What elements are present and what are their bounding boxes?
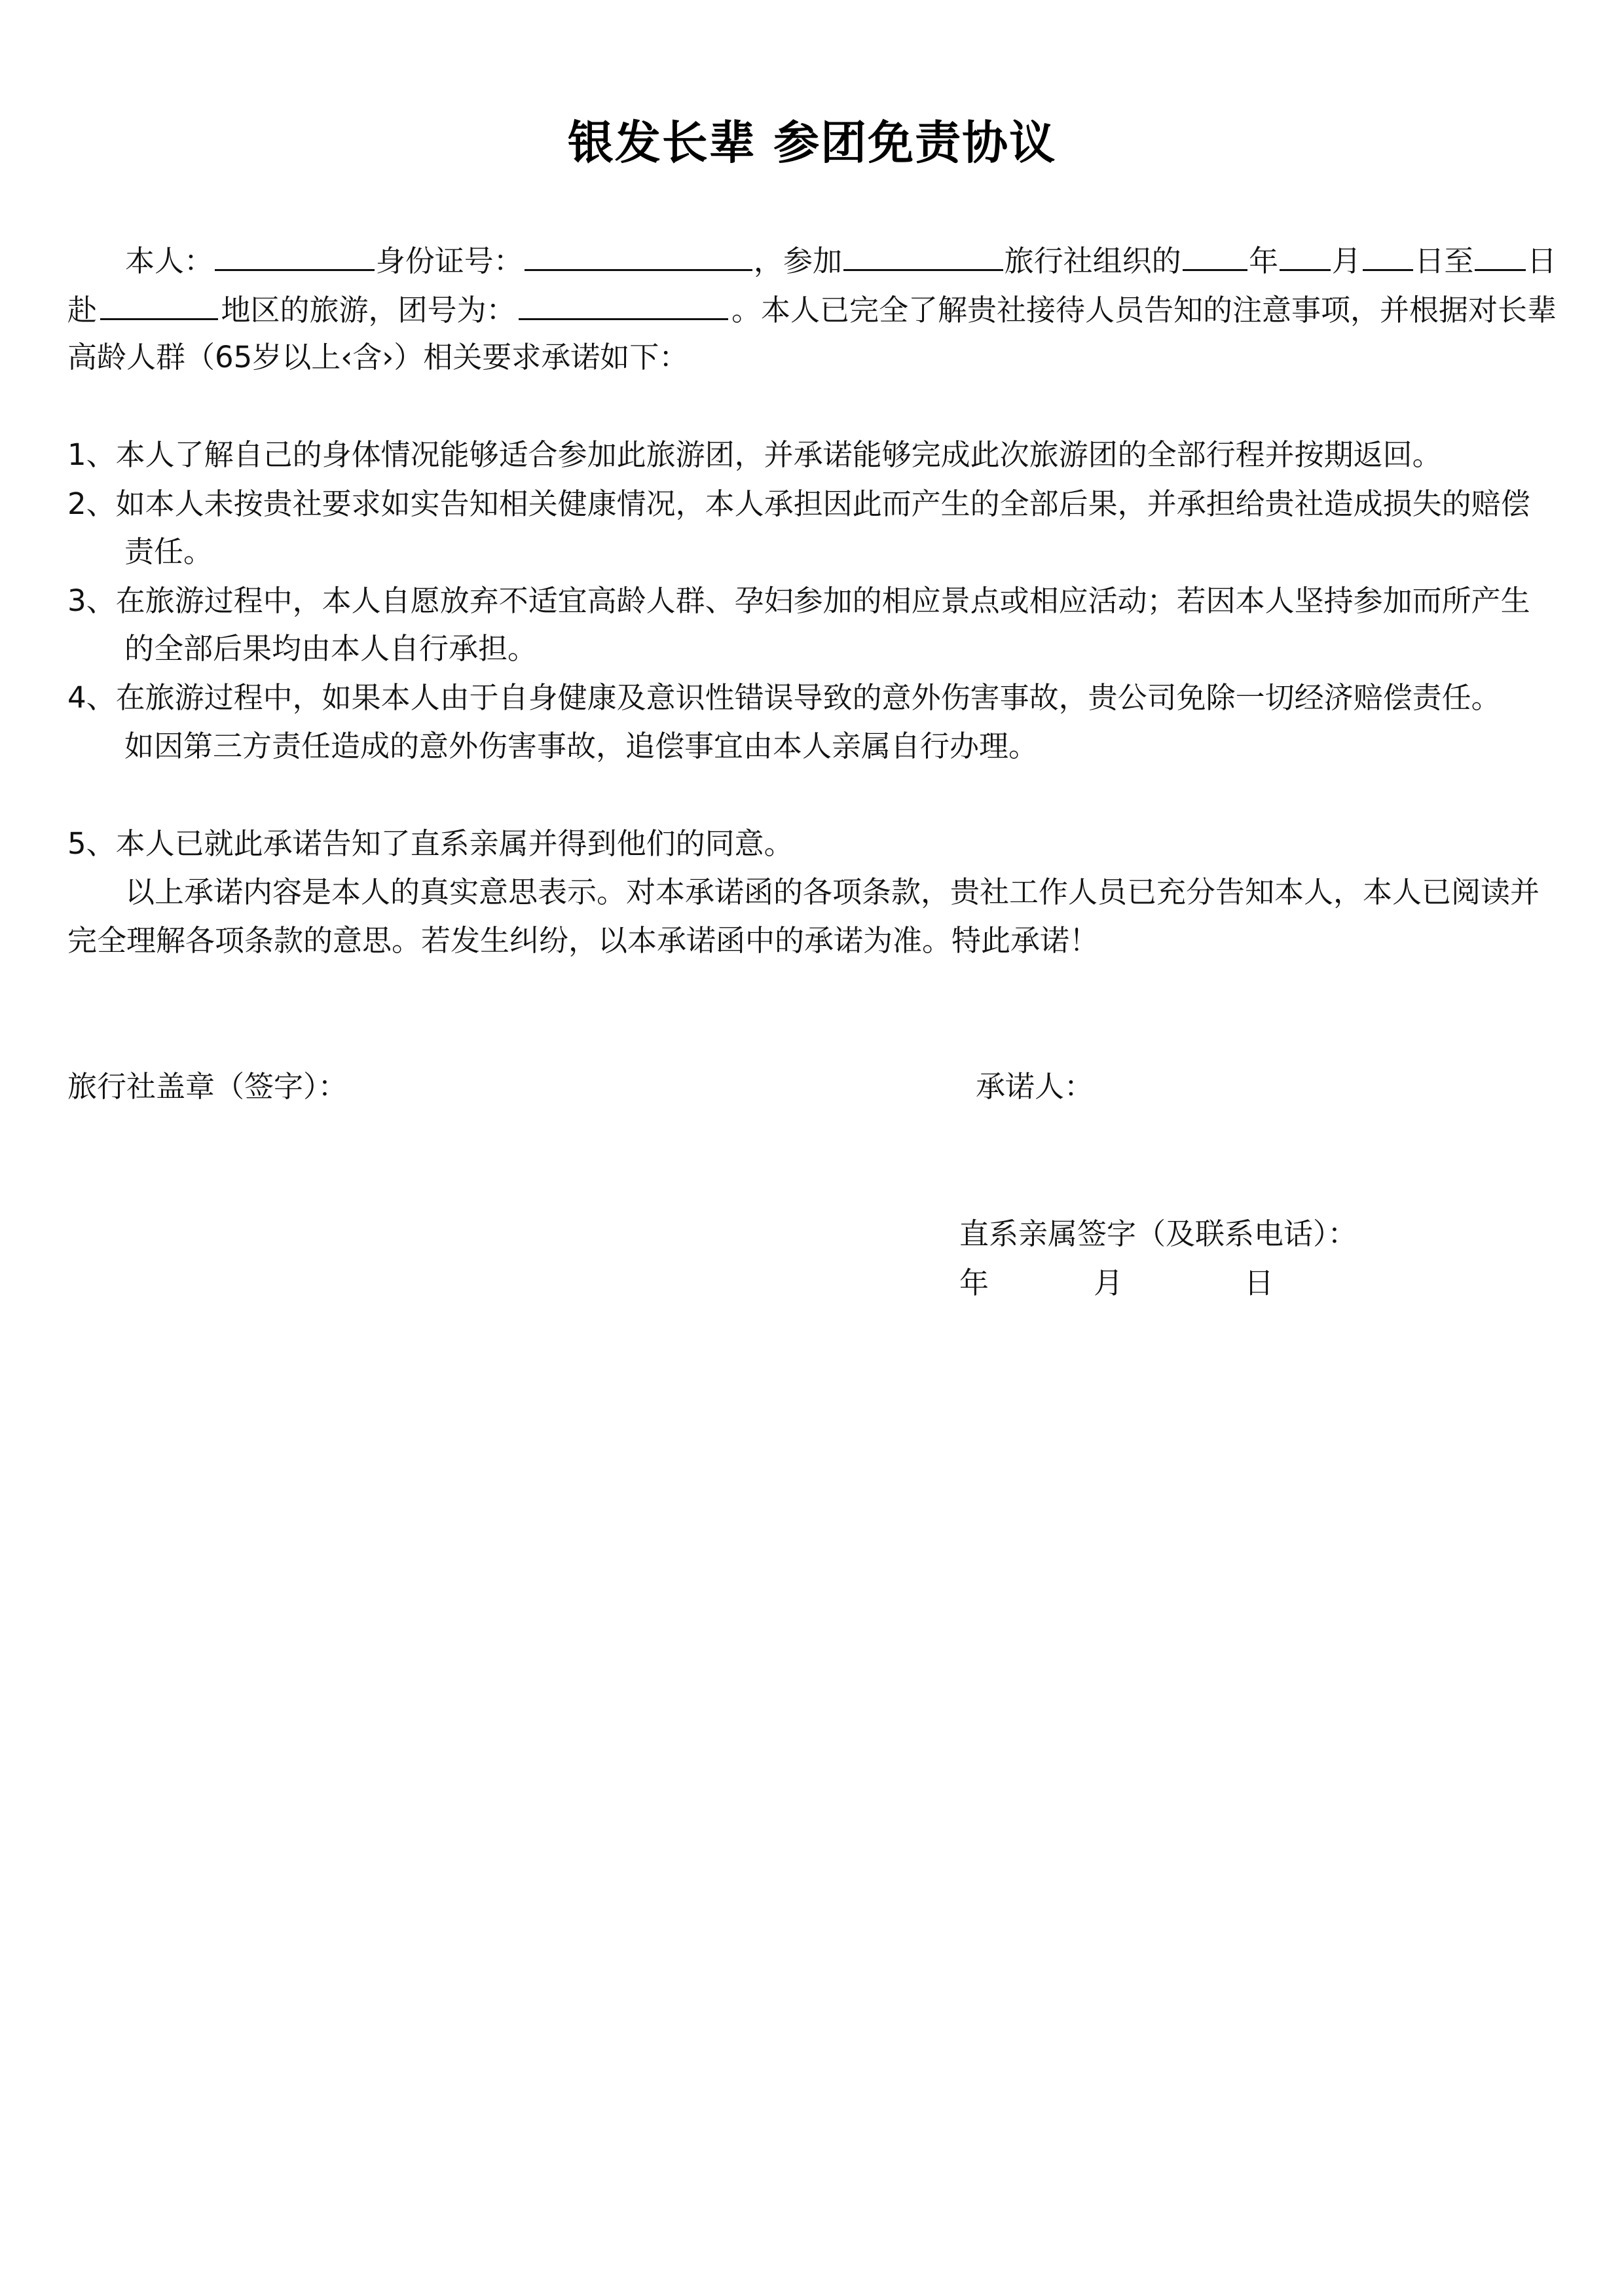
clause-4-continuation: 如因第三方责任造成的意外伤害事故，追偿事宜由本人亲属自行办理。	[124, 722, 1614, 771]
document-page: 银发长辈 参团免责协议 本人： 身份证号： ， 参加 旅行社组织的 年 月 日至…	[0, 0, 1624, 2296]
end-day-blank[interactable]	[1475, 236, 1526, 271]
to-label: 赴	[67, 286, 97, 335]
start-day-blank[interactable]	[1363, 236, 1414, 271]
date-day-label: 日	[1244, 1259, 1274, 1307]
day-label: 日	[1527, 237, 1557, 285]
clause-3-continuation: 的全部后果均由本人自行承担。	[124, 625, 1614, 673]
clause-5: 5、本人已就此承诺告知了直系亲属并得到他们的同意。	[67, 820, 1557, 868]
clause-number: 1、	[67, 437, 116, 472]
group-number-blank[interactable]	[519, 285, 728, 320]
comma: ，	[754, 237, 783, 285]
name-label: 本人：	[67, 237, 213, 285]
clause-number: 2、	[67, 486, 116, 521]
closing-line-2: 完全理解各项条款的意思。若发生纠纷，以本承诺函中的承诺为准。特此承诺！	[67, 917, 1557, 965]
day-to-label: 日至	[1414, 237, 1473, 285]
year-label: 年	[1249, 237, 1278, 285]
clause-1: 1、本人了解自己的身体情况能够适合参加此旅游团，并承诺能够完成此次旅游团的全部行…	[67, 431, 1557, 479]
intro-line-1: 本人： 身份证号： ， 参加 旅行社组织的 年 月 日至 日	[67, 236, 1557, 285]
intro-rest: 。本人已完全了解贵社接待人员告知的注意事项，并根据对长辈	[731, 286, 1557, 335]
promisor-label: 承诺人：	[976, 1063, 1094, 1111]
name-blank[interactable]	[215, 236, 375, 271]
document-title: 银发长辈 参团免责协议	[0, 110, 1624, 175]
clause-text: 本人已就此承诺告知了直系亲属并得到他们的同意。	[116, 826, 794, 861]
agency-seal-label: 旅行社盖章（签字）：	[67, 1063, 348, 1111]
agency-label: 旅行社组织的	[1005, 237, 1181, 285]
relative-signature-label: 直系亲属签字（及联系电话）：	[959, 1210, 1357, 1258]
clause-2: 2、如本人未按贵社要求如实告知相关健康情况，本人承担因此而产生的全部后果，并承担…	[67, 480, 1557, 528]
clause-number: 3、	[67, 583, 116, 618]
month-label: 月	[1332, 237, 1361, 285]
start-year-blank[interactable]	[1183, 236, 1247, 271]
intro-line-3: 高龄人群（65岁以上‹含›）相关要求承诺如下：	[67, 333, 1557, 382]
id-label: 身份证号：	[376, 237, 523, 285]
date-year-label: 年	[959, 1259, 989, 1307]
clause-number: 5、	[67, 826, 116, 861]
clause-text: 在旅游过程中，如果本人由于自身健康及意识性错误导致的意外伤害事故，贵公司免除一切…	[116, 680, 1501, 715]
agency-blank[interactable]	[843, 236, 1003, 271]
destination-blank[interactable]	[100, 285, 218, 320]
clause-number: 4、	[67, 680, 116, 715]
region-label: 地区的旅游，团号为：	[221, 286, 515, 335]
join-label: 参加	[783, 237, 842, 285]
start-month-blank[interactable]	[1280, 236, 1331, 271]
clause-3: 3、在旅游过程中，本人自愿放弃不适宜高龄人群、孕妇参加的相应景点或相应活动；若因…	[67, 577, 1557, 625]
id-number-blank[interactable]	[525, 236, 752, 271]
intro-line-2: 赴 地区的旅游，团号为： 。本人已完全了解贵社接待人员告知的注意事项，并根据对长…	[67, 285, 1557, 335]
closing-line-1: 以上承诺内容是本人的真实意思表示。对本承诺函的各项条款，贵社工作人员已充分告知本…	[67, 868, 1614, 917]
clause-text: 本人了解自己的身体情况能够适合参加此旅游团，并承诺能够完成此次旅游团的全部行程并…	[116, 437, 1442, 472]
clause-4: 4、在旅游过程中，如果本人由于自身健康及意识性错误导致的意外伤害事故，贵公司免除…	[67, 674, 1557, 722]
date-month-label: 月	[1094, 1259, 1123, 1307]
clause-text: 如本人未按贵社要求如实告知相关健康情况，本人承担因此而产生的全部后果，并承担给贵…	[116, 486, 1530, 521]
clause-2-continuation: 责任。	[124, 528, 1614, 576]
clause-text: 在旅游过程中，本人自愿放弃不适宜高龄人群、孕妇参加的相应景点或相应活动；若因本人…	[116, 583, 1530, 618]
